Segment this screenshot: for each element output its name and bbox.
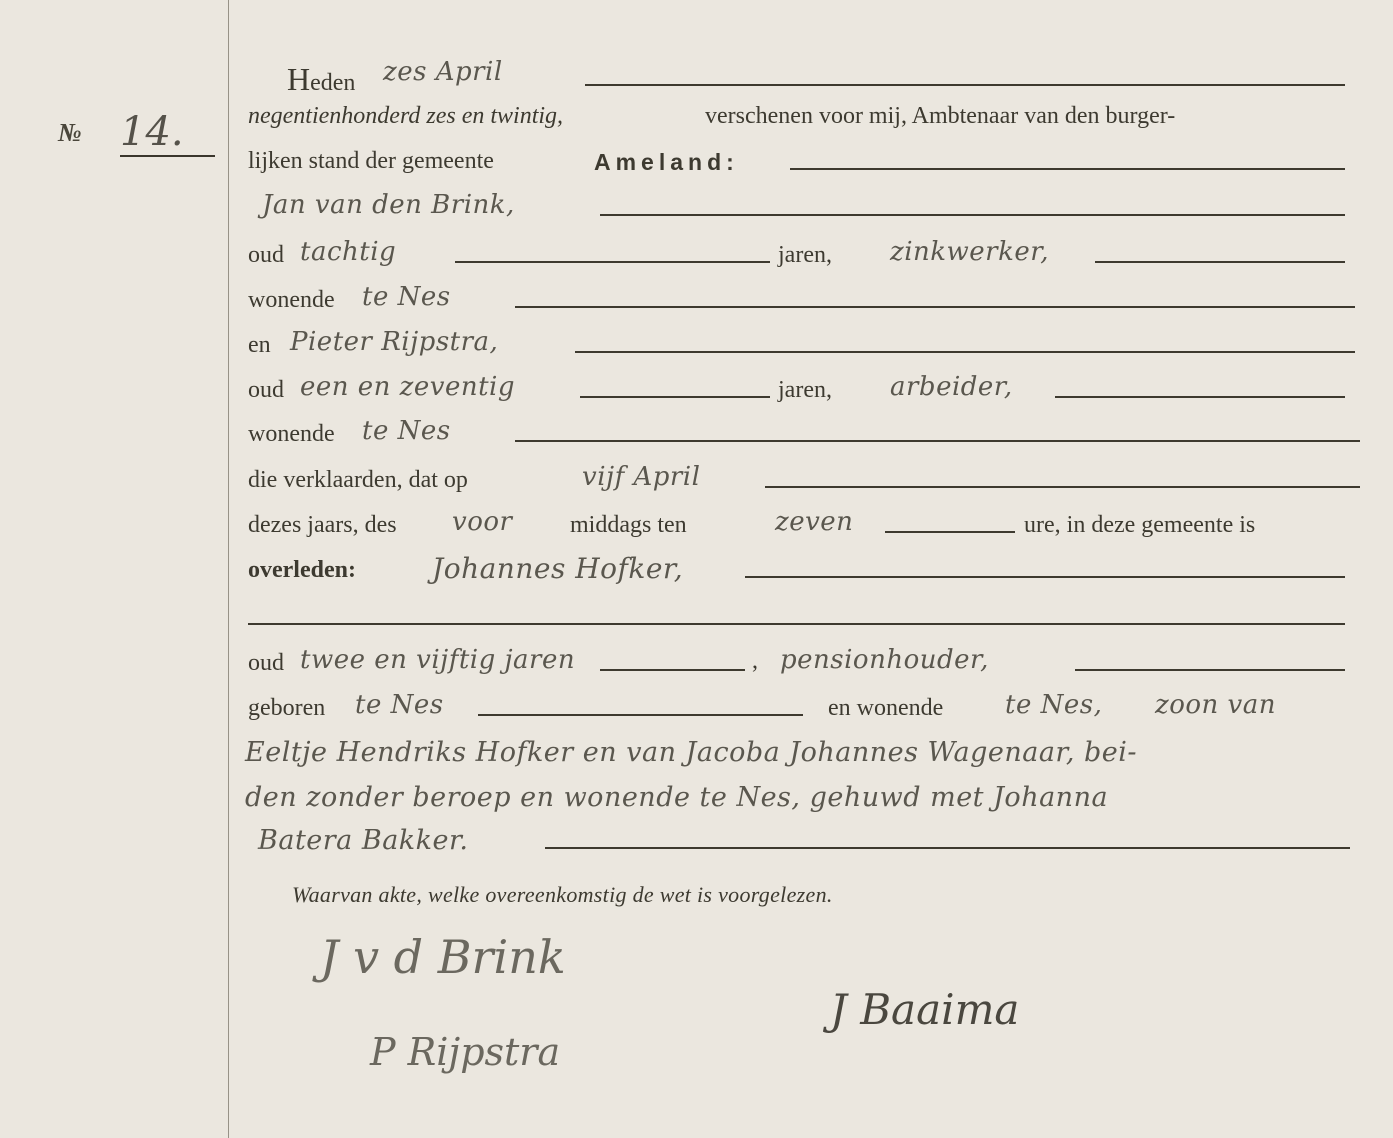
municipality-name: Ameland:	[594, 149, 739, 176]
birthplace: te Nes	[355, 690, 444, 720]
witness1-residence: te Nes	[362, 282, 451, 312]
signature-witness2: P Rijpstra	[370, 1030, 560, 1074]
line-witness1-residence: wonende te Nes	[0, 282, 1393, 322]
line-spouse: Batera Bakker.	[0, 825, 1393, 865]
heden-rest: eden	[310, 70, 355, 96]
line-witness2-age: oud een en zeventig jaren, arbeider,	[0, 372, 1393, 412]
appearance-text: verschenen voor mij, Ambtenaar van den b…	[705, 103, 1175, 130]
overleden-label: overleden:	[248, 557, 356, 584]
wonende-label: wonende	[248, 421, 335, 448]
fill-line	[545, 847, 1350, 849]
parents: Eeltje Hendriks Hofker en van Jacoba Joh…	[245, 737, 1137, 768]
comma: ,	[752, 648, 758, 675]
date-of-record: zes April	[383, 57, 503, 87]
blank-fill-line	[248, 623, 1345, 625]
fill-line	[455, 261, 770, 263]
witness1-age: tachtig	[300, 237, 396, 267]
jaren-label: jaren,	[778, 377, 832, 404]
year-label: dezes jaars, des	[248, 512, 397, 539]
line-witness2-name: en Pieter Rijpstra,	[0, 327, 1393, 367]
deceased-name: Johannes Hofker,	[432, 552, 683, 585]
line-municipality: lijken stand der gemeente Ameland:	[0, 148, 1393, 188]
fill-line	[478, 714, 803, 716]
oud-label: oud	[248, 242, 284, 269]
fill-line	[1095, 261, 1345, 263]
signature-witness1: J v d Brink	[320, 930, 566, 984]
geboren-label: geboren	[248, 695, 325, 722]
heden-label: Heden	[287, 61, 355, 98]
fill-line	[580, 396, 770, 398]
oud-label: oud	[248, 377, 284, 404]
closing-statement: Waarvan akte, welke overeenkomstig de we…	[292, 882, 833, 908]
line-witness1-name: Jan van den Brink,	[0, 190, 1393, 230]
fill-line	[575, 351, 1355, 353]
fill-line	[745, 576, 1345, 578]
fill-line	[885, 531, 1015, 533]
deceased-occupation: pensionhouder,	[780, 645, 989, 675]
line-year: negentienhonderd zes en twintig, versche…	[0, 103, 1393, 143]
municipality-label: lijken stand der gemeente	[248, 148, 494, 175]
line-date: Heden zes April	[0, 57, 1393, 97]
declaration-label: die verklaarden, dat op	[248, 467, 468, 494]
fill-line	[600, 669, 745, 671]
parents-spouse: den zonder beroep en wonende te Nes, geh…	[245, 782, 1108, 813]
line-parents: Eeltje Hendriks Hofker en van Jacoba Joh…	[0, 737, 1393, 777]
line-witness1-age: oud tachtig jaren, zinkwerker,	[0, 237, 1393, 277]
witness1-occupation: zinkwerker,	[890, 237, 1049, 267]
deceased-residence: te Nes,	[1005, 690, 1102, 720]
wonende-label: en wonende	[828, 695, 943, 722]
wonende-label: wonende	[248, 287, 335, 314]
death-date: vijf April	[582, 462, 700, 492]
middags-label: middags ten	[570, 512, 687, 539]
spouse-name: Batera Bakker.	[258, 825, 469, 856]
witness2-name: Pieter Rijpstra,	[290, 327, 498, 357]
fill-line	[790, 168, 1345, 170]
fill-line	[600, 214, 1345, 216]
en-label: en	[248, 332, 271, 359]
relation: zoon van	[1155, 690, 1276, 720]
line-birthplace: geboren te Nes en wonende te Nes, zoon v…	[0, 690, 1393, 730]
witness2-occupation: arbeider,	[890, 372, 1013, 402]
ure-label: ure, in deze gemeente is	[1024, 512, 1255, 539]
witness1-name: Jan van den Brink,	[262, 190, 515, 220]
line-deceased-age: oud twee en vijftig jaren , pensionhoude…	[0, 645, 1393, 685]
witness2-age: een en zeventig	[300, 372, 515, 402]
fill-line	[515, 306, 1355, 308]
year-text: negentienhonderd zes en twintig,	[248, 103, 563, 130]
line-deceased: overleden: Johannes Hofker,	[0, 552, 1393, 592]
line-witness2-residence: wonende te Nes	[0, 416, 1393, 456]
oud-label: oud	[248, 650, 284, 677]
jaren-label: jaren,	[778, 242, 832, 269]
day-part: voor	[452, 507, 512, 537]
line-parents-cont: den zonder beroep en wonende te Nes, geh…	[0, 782, 1393, 822]
death-hour: zeven	[775, 507, 853, 537]
line-death-date: die verklaarden, dat op vijf April	[0, 462, 1393, 502]
signature-official: J Baaima	[830, 985, 1019, 1034]
fill-line	[765, 486, 1360, 488]
deceased-age: twee en vijftig jaren	[300, 645, 575, 675]
fill-line	[585, 84, 1345, 86]
fill-line	[1055, 396, 1345, 398]
fill-line	[515, 440, 1360, 442]
line-death-time: dezes jaars, des voor middags ten zeven …	[0, 507, 1393, 547]
witness2-residence: te Nes	[362, 416, 451, 446]
fill-line	[1075, 669, 1345, 671]
